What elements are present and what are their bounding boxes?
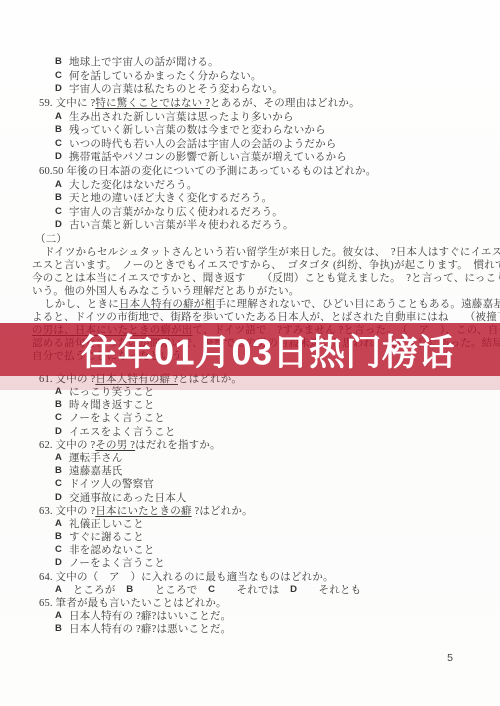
text-segment: B: [126, 584, 133, 595]
doc-line: Dノーをよく言うこと: [0, 556, 500, 569]
option-letter: B: [55, 531, 69, 542]
doc-line: A運転手さん: [0, 451, 500, 464]
text-segment: D: [290, 584, 297, 595]
doc-line: 63. 文中の ?日本にいたときの癖 ?はどれか。: [0, 504, 500, 517]
option-letter: D: [55, 492, 69, 503]
doc-line: 60.50 年後の日本語の変化についての予測にあっているものはどれか。: [0, 164, 500, 178]
option-letter: A: [55, 179, 69, 190]
doc-line: B日本人特有の ?癖?は悪いことだ。: [0, 622, 500, 635]
doc-line: 65. 筆者が最も言いたいことはどれか。: [0, 596, 500, 609]
option-letter: B: [55, 465, 69, 476]
option-letter: C: [55, 70, 69, 81]
text-segment: C: [208, 584, 215, 595]
doc-line: B時々聞き返すこと: [0, 398, 500, 411]
option-letter: A: [55, 111, 69, 122]
option-letter: C: [55, 206, 69, 217]
doc-line: A大した変化はないだろう。: [0, 177, 500, 191]
doc-line: 62. 文中の ?その男 ?はだれを指すか。: [0, 438, 500, 451]
promo-banner-text: 往年01月03日热门榜话: [0, 324, 500, 375]
doc-line: B残っていく新しい言葉の数は今までと変わらないから: [0, 123, 500, 137]
option-letter: D: [55, 426, 69, 437]
option-letter: A: [55, 452, 69, 463]
doc-line: C何を話しているかまったく分からない。: [0, 69, 500, 83]
doc-line: Cノーをよく言うこと: [0, 411, 500, 424]
doc-line: C非を認めないこと: [0, 543, 500, 556]
text-segment: 日本人特有の ?癖?は悪いことだ。: [69, 621, 231, 636]
option-letter: B: [55, 192, 69, 203]
option-letter: B: [55, 124, 69, 135]
doc-line: A ところが B ところで C それでは D それとも: [0, 583, 500, 596]
doc-line: Cドイツ人の警察官: [0, 477, 500, 490]
doc-line: Bすぐに謝ること: [0, 530, 500, 543]
option-letter: C: [55, 412, 69, 423]
text-segment: はだれを指すか。: [135, 437, 221, 452]
text-segment: それとも: [297, 582, 361, 597]
option-letter: A: [55, 610, 69, 621]
doc-line: A礼儀正しいこと: [0, 517, 500, 530]
text-segment: A: [55, 584, 62, 595]
option-letter: D: [55, 219, 69, 230]
option-letter: C: [55, 138, 69, 149]
text-segment: 古い言葉と新しい言葉が半々使われるだろう。: [69, 217, 294, 232]
option-letter: C: [55, 478, 69, 489]
option-letter: D: [55, 557, 69, 568]
doc-line: A日本人特有の ?癖?はいいことだ。: [0, 609, 500, 622]
doc-line: 59. 文中に ?特に驚くことではない ?とあるが、その理由はどれか。: [0, 96, 500, 110]
doc-line: B天と地の違いほど大きく変化するだろう。: [0, 191, 500, 205]
doc-line: Cいつの時代も若い人の会話は宇宙人の会話のようだから: [0, 137, 500, 151]
doc-line: D宇宙人の言葉は私たちのとそう変わらない。: [0, 82, 500, 96]
text-segment: ?はどれか。: [192, 503, 253, 518]
option-letter: B: [55, 56, 69, 67]
option-letter: D: [55, 151, 69, 162]
option-letter: C: [55, 544, 69, 555]
doc-line: D古い言葉と新しい言葉が半々使われるだろう。: [0, 218, 500, 232]
doc-line: D交通事故にあった日本人: [0, 490, 500, 503]
option-letter: B: [55, 623, 69, 634]
promo-banner-overlay: 往年01月03日热门榜话: [0, 323, 500, 376]
scanned-exam-page: B地球上で宇宙人の話が聞ける。C何を話しているかまったく分からない。D宇宙人の言…: [0, 0, 500, 706]
doc-line: A生み出された新しい言葉は思ったより多いから: [0, 109, 500, 123]
doc-line: Dイエスをよく言うこと: [0, 424, 500, 437]
option-letter: B: [55, 399, 69, 410]
doc-line: 64. 文中の（ ア ）に入れるのに最も適当なものはどれか。: [0, 570, 500, 583]
option-letter: A: [55, 518, 69, 529]
doc-line: B遠藤嘉基氏: [0, 464, 500, 477]
doc-line: D携帯電話やパソコンの影響で新しい言葉が増えているから: [0, 150, 500, 164]
option-letter: D: [55, 83, 69, 94]
doc-line: B地球上で宇宙人の話が聞ける。: [0, 55, 500, 69]
page-number: 5: [447, 652, 453, 664]
doc-line: C宇宙人の言葉がかなり広く使われるだろう。: [0, 205, 500, 219]
